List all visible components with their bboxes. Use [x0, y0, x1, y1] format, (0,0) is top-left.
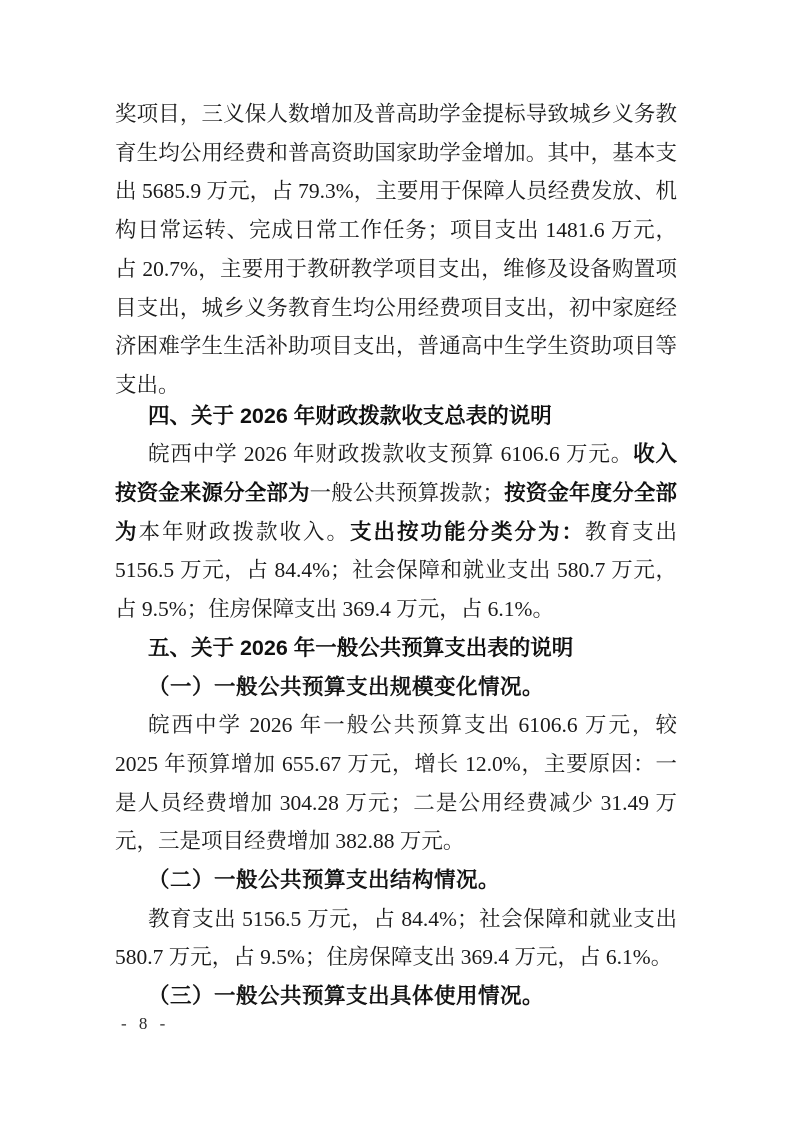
document-body: 奖项目，三义保人数增加及普高助学金提标导致城乡义务教育生均公用经费和普高资助国家… — [115, 95, 677, 1016]
subsection-heading-three-specific-usage: （三）一般公共预算支出具体使用情况。 — [115, 977, 677, 1016]
paragraph-carryover-expenditure-details: 奖项目，三义保人数增加及普高助学金提标导致城乡义务教育生均公用经费和普高资助国家… — [115, 95, 677, 405]
subsection-heading-two-structure: （二）一般公共预算支出结构情况。 — [115, 861, 677, 900]
section-heading-five-general-public-budget-expenditure: 五、关于 2026 年一般公共预算支出表的说明 — [115, 629, 677, 668]
bold-emphasis-text: 支出按功能分类分为： — [350, 520, 585, 544]
paragraph-scale-change: 皖西中学 2026 年一般公共预算支出 6106.6 万元，较 2025 年预算… — [115, 706, 677, 861]
paragraph-structure: 教育支出 5156.5 万元，占 84.4%；社会保障和就业支出 580.7 万… — [115, 900, 677, 977]
document-page: 奖项目，三义保人数增加及普高助学金提标导致城乡义务教育生均公用经费和普高资助国家… — [0, 0, 793, 1122]
page-number: - 8 - — [121, 1012, 165, 1036]
section-heading-four-fiscal-appropriation-summary: 四、关于 2026 年财政拨款收支总表的说明 — [115, 397, 677, 436]
subsection-heading-one-scale-change: （一）一般公共预算支出规模变化情况。 — [115, 668, 677, 707]
paragraph-fiscal-appropriation-summary: 皖西中学 2026 年财政拨款收支预算 6106.6 万元。收入按资金来源分全部… — [115, 435, 677, 629]
